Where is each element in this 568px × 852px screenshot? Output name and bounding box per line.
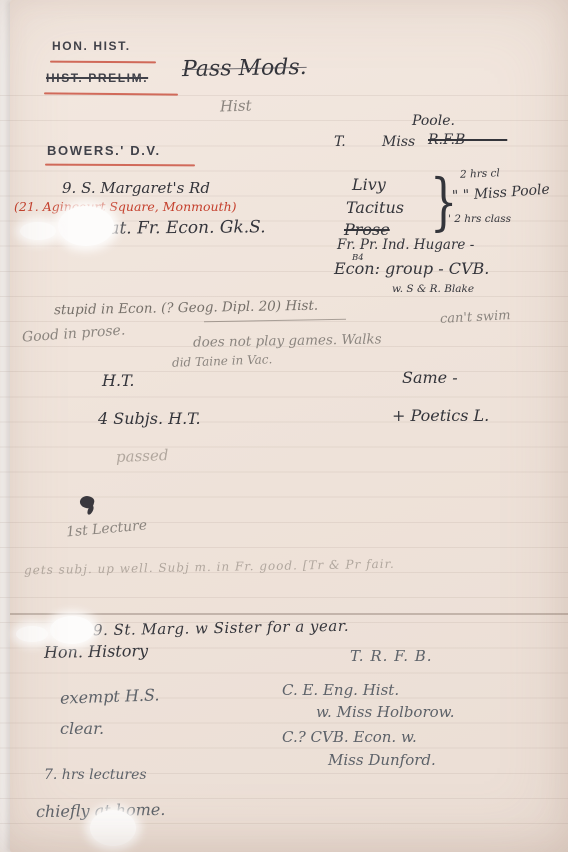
white-blob-divider-tail <box>16 626 48 642</box>
course-note-hours: 2 hrs cl <box>460 168 500 181</box>
address-line-2-red: (21. Agincourt Square, Monmouth) <box>14 200 237 214</box>
tutor-poole: Poole. <box>412 114 455 129</box>
section-divider <box>10 613 568 615</box>
white-blob-bottom <box>90 810 136 846</box>
miss-holborow-note: w. Miss Holborow. <box>316 704 455 721</box>
remark-no-games: does not play games. Walks <box>193 332 382 350</box>
ce-english-history: C. E. Eng. Hist. <box>282 682 399 699</box>
pass-mods-note: Pass Mods. <box>182 56 307 82</box>
tutor-miss-label: Miss <box>382 135 415 150</box>
miss-dunford-note: Miss Dunford. <box>328 752 436 769</box>
term-poetics: + Poetics L. <box>392 407 489 425</box>
clear-note: clear. <box>60 720 104 738</box>
econ-group-line: Econ: group - CVB. <box>334 260 489 278</box>
tutor-t-label: T. <box>334 135 346 150</box>
econ-sub-note: w. S & R. Blake <box>392 284 474 296</box>
white-blob-divider <box>50 616 94 644</box>
tutor-initials: T. R. F. B. <box>350 648 433 665</box>
white-blob-address-tail <box>20 222 56 240</box>
exempt-note: exempt H.S. <box>60 686 160 707</box>
course-tacitus: Tacitus <box>346 199 404 217</box>
crossed-hist-prelim: HIST. PRELIM. <box>46 72 148 85</box>
term-four-subjects: 4 Subjs. H.T. <box>98 410 201 428</box>
white-blob-address <box>58 206 114 246</box>
address-line-1: 9. S. Margaret's Rd <box>62 180 210 197</box>
term-same: Same - <box>402 369 458 387</box>
course-note-class: ' 2 hrs class <box>448 214 511 226</box>
honours-history-label: Hon. History <box>44 642 148 661</box>
course-livy: Livy <box>352 176 386 194</box>
term-passed: passed <box>116 447 169 465</box>
crossed-tutor-name: R.F.B——— <box>428 133 507 148</box>
term-ht: H.T. <box>102 372 134 390</box>
hist-pencil-note: Hist <box>220 97 252 115</box>
label-hon-hist: HON. HIST. <box>52 40 131 53</box>
lectures-note: 7. hrs lectures <box>44 768 147 783</box>
subjects-line: Lat. Fr. Econ. Gk.S. <box>98 218 266 238</box>
student-name: BOWERS.' D.V. <box>47 144 161 158</box>
cvb-econ-note: C.? CVB. Econ. w. <box>282 729 417 746</box>
french-line: Fr. Pr. Ind. Hugare - <box>337 238 474 253</box>
scanned-record-card: HON. HIST. HIST. PRELIM. Pass Mods. Hist… <box>0 0 568 852</box>
course-prose-crossed: Prose <box>344 221 390 239</box>
